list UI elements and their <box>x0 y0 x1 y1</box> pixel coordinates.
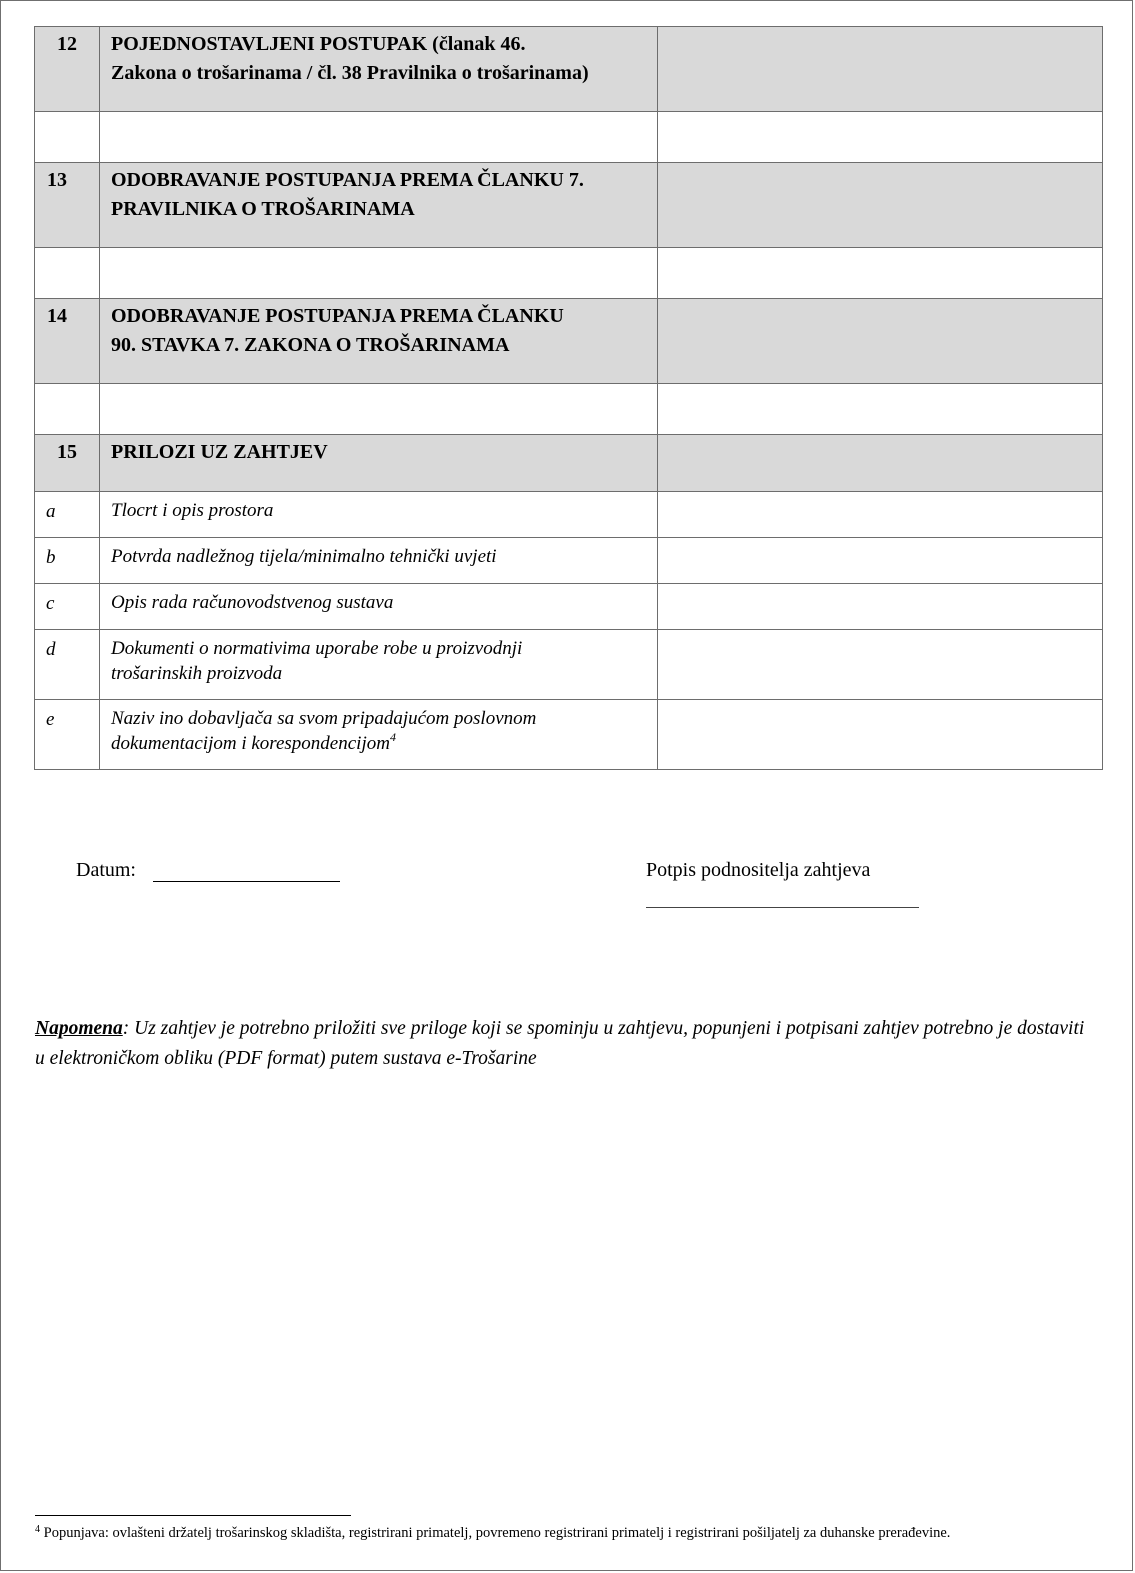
entry-cell[interactable] <box>100 384 658 435</box>
attachment-value-cell[interactable] <box>658 700 1103 770</box>
section-title-line: ODOBRAVANJE POSTUPANJA PREMA ČLANKU 7. <box>111 166 657 195</box>
note-paragraph: Napomena: Uz zahtjev je potrebno priloži… <box>35 1014 1095 1074</box>
footnote: 4 Popunjava: ovlašteni držatelj trošarin… <box>35 1523 1105 1544</box>
entry-cell[interactable] <box>658 248 1103 299</box>
entry-cell[interactable] <box>35 384 100 435</box>
section-15-header: 15 PRILOZI UZ ZAHTJEV <box>35 435 1103 492</box>
section-12-header: 12 POJEDNOSTAVLJENI POSTUPAK (članak 46.… <box>35 27 1103 112</box>
section-14-header: 14 ODOBRAVANJE POSTUPANJA PREMA ČLANKU 9… <box>35 299 1103 384</box>
section-title-line: PRILOZI UZ ZAHTJEV <box>111 438 657 467</box>
section-13-value-cell[interactable] <box>658 163 1103 248</box>
attachment-row-b: b Potvrda nadležnog tijela/minimalno teh… <box>35 538 1103 584</box>
entry-cell[interactable] <box>658 384 1103 435</box>
signature-input-line[interactable] <box>646 907 919 908</box>
attachment-description: Naziv ino dobavljača sa svom pripadajućo… <box>100 700 658 770</box>
attachment-description: Dokumenti o normativima uporabe robe u p… <box>100 630 658 700</box>
section-14-value-cell[interactable] <box>658 299 1103 384</box>
attachment-letter: c <box>35 584 100 630</box>
section-title: ODOBRAVANJE POSTUPANJA PREMA ČLANKU 90. … <box>100 299 658 384</box>
date-input-line[interactable] <box>153 881 340 882</box>
date-label: Datum: <box>76 859 136 882</box>
attachment-value-cell[interactable] <box>658 492 1103 538</box>
signature-label: Potpis podnositelja zahtjeva <box>646 859 870 882</box>
entry-cell[interactable] <box>35 248 100 299</box>
attachment-description: Opis rada računovodstvenog sustava <box>100 584 658 630</box>
section-title-line: POJEDNOSTAVLJENI POSTUPAK (članak 46. <box>111 30 657 59</box>
footnote-text: Popunjava: ovlašteni držatelj trošarinsk… <box>40 1525 950 1541</box>
note-label: Napomena <box>35 1018 123 1039</box>
section-13-header: 13 ODOBRAVANJE POSTUPANJA PREMA ČLANKU 7… <box>35 163 1103 248</box>
attachment-letter: a <box>35 492 100 538</box>
attachment-value-cell[interactable] <box>658 538 1103 584</box>
attachment-value-cell[interactable] <box>658 584 1103 630</box>
attachment-description: Tlocrt i opis prostora <box>100 492 658 538</box>
attachment-row-e: e Naziv ino dobavljača sa svom pripadaju… <box>35 700 1103 770</box>
section-title-line: Zakona o trošarinama / čl. 38 Pravilnika… <box>111 59 657 88</box>
section-title-line: ODOBRAVANJE POSTUPANJA PREMA ČLANKU <box>111 302 657 331</box>
section-number: 12 <box>35 27 100 112</box>
attachment-row-d: d Dokumenti o normativima uporabe robe u… <box>35 630 1103 700</box>
attachment-letter: d <box>35 630 100 700</box>
note-text: : Uz zahtjev je potrebno priložiti sve p… <box>35 1018 1084 1069</box>
attachment-description: Potvrda nadležnog tijela/minimalno tehni… <box>100 538 658 584</box>
section-title: PRILOZI UZ ZAHTJEV <box>100 435 658 492</box>
attachment-row-c: c Opis rada računovodstvenog sustava <box>35 584 1103 630</box>
section-title-line: PRAVILNIKA O TROŠARINAMA <box>111 195 657 224</box>
footnote-separator <box>35 1515 351 1516</box>
section-12-value-cell[interactable] <box>658 27 1103 112</box>
section-title: ODOBRAVANJE POSTUPANJA PREMA ČLANKU 7. P… <box>100 163 658 248</box>
section-number: 15 <box>35 435 100 492</box>
document-page: 12 POJEDNOSTAVLJENI POSTUPAK (članak 46.… <box>0 0 1133 1571</box>
section-number: 14 <box>35 299 100 384</box>
footnote-reference[interactable]: 4 <box>390 730 396 744</box>
entry-cell[interactable] <box>35 112 100 163</box>
attachment-letter: e <box>35 700 100 770</box>
section-title: POJEDNOSTAVLJENI POSTUPAK (članak 46. Za… <box>100 27 658 112</box>
entry-cell[interactable] <box>100 112 658 163</box>
section-15-header-cell <box>658 435 1103 492</box>
application-form-table: 12 POJEDNOSTAVLJENI POSTUPAK (članak 46.… <box>34 26 1103 770</box>
attachment-row-a: a Tlocrt i opis prostora <box>35 492 1103 538</box>
section-title-line: 90. STAVKA 7. ZAKONA O TROŠARINAMA <box>111 331 657 360</box>
section-number: 13 <box>35 163 100 248</box>
section-14-entry-row <box>35 384 1103 435</box>
entry-cell[interactable] <box>658 112 1103 163</box>
section-12-entry-row <box>35 112 1103 163</box>
entry-cell[interactable] <box>100 248 658 299</box>
attachment-value-cell[interactable] <box>658 630 1103 700</box>
section-13-entry-row <box>35 248 1103 299</box>
attachment-letter: b <box>35 538 100 584</box>
